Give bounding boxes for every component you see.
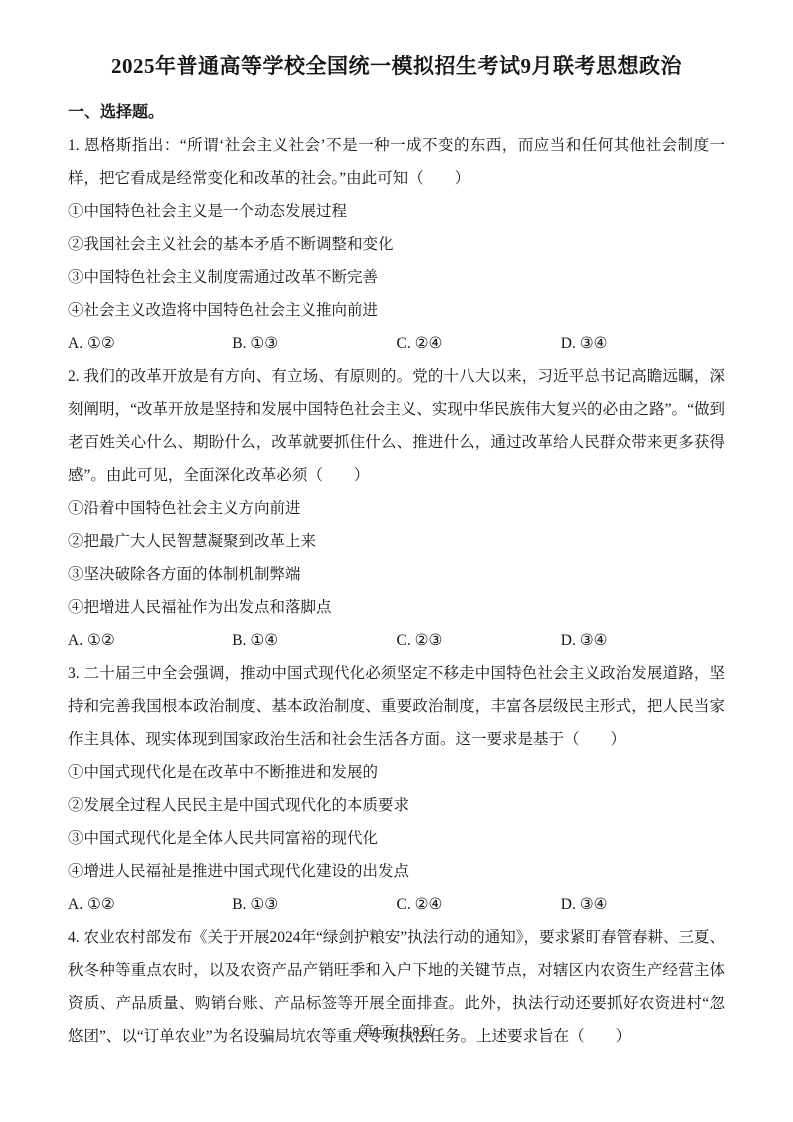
question-1-choice-a: A. ①②	[68, 327, 232, 360]
question-1-stem: 1. 恩格斯指出：“所谓‘社会主义社会’不是一种一成不变的东西，而应当和任何其他…	[68, 129, 725, 195]
question-2-choice-row: A. ①② B. ①④ C. ②③ D. ③④	[68, 624, 725, 657]
question-3-statement-4: ④增进人民福祉是推进中国式现代化建设的出发点	[68, 855, 725, 888]
question-2-statement-3: ③坚决破除各方面的体制机制弊端	[68, 558, 725, 591]
question-1-choice-row: A. ①② B. ①③ C. ②④ D. ③④	[68, 327, 725, 360]
question-3-statement-1: ①中国式现代化是在改革中不断推进和发展的	[68, 756, 725, 789]
question-2-choice-c: C. ②③	[397, 624, 561, 657]
question-3-choice-row: A. ①② B. ①③ C. ②④ D. ③④	[68, 888, 725, 921]
page-title: 2025年普通高等学校全国统一模拟招生考试9月联考思想政治	[68, 48, 725, 84]
question-3-choice-c: C. ②④	[397, 888, 561, 921]
exam-paper-page: 2025年普通高等学校全国统一模拟招生考试9月联考思想政治 一、选择题。 1. …	[0, 0, 793, 1122]
page-content: 2025年普通高等学校全国统一模拟招生考试9月联考思想政治 一、选择题。 1. …	[0, 0, 793, 1053]
question-3-stem: 3. 二十届三中全会强调，推动中国式现代化必须坚定不移走中国特色社会主义政治发展…	[68, 657, 725, 756]
question-3: 3. 二十届三中全会强调，推动中国式现代化必须坚定不移走中国特色社会主义政治发展…	[68, 657, 725, 921]
page-number: 第1页/共8页	[0, 1022, 793, 1044]
question-2-statement-4: ④把增进人民福祉作为出发点和落脚点	[68, 591, 725, 624]
question-1-statement-1: ①中国特色社会主义是一个动态发展过程	[68, 195, 725, 228]
section-heading: 一、选择题。	[68, 96, 725, 129]
question-2-choice-a: A. ①②	[68, 624, 232, 657]
question-3-statement-3: ③中国式现代化是全体人民共同富裕的现代化	[68, 822, 725, 855]
question-1-statement-3: ③中国特色社会主义制度需通过改革不断完善	[68, 261, 725, 294]
question-2-choice-d: D. ③④	[561, 624, 725, 657]
question-1-choice-b: B. ①③	[232, 327, 396, 360]
question-1: 1. 恩格斯指出：“所谓‘社会主义社会’不是一种一成不变的东西，而应当和任何其他…	[68, 129, 725, 360]
question-2-choice-b: B. ①④	[232, 624, 396, 657]
question-1-statement-4: ④社会主义改造将中国特色社会主义推向前进	[68, 294, 725, 327]
question-3-choice-d: D. ③④	[561, 888, 725, 921]
question-1-choice-d: D. ③④	[561, 327, 725, 360]
question-2-stem: 2. 我们的改革开放是有方向、有立场、有原则的。党的十八大以来，习近平总书记高瞻…	[68, 360, 725, 492]
question-3-choice-b: B. ①③	[232, 888, 396, 921]
question-1-statement-2: ②我国社会主义社会的基本矛盾不断调整和变化	[68, 228, 725, 261]
question-2: 2. 我们的改革开放是有方向、有立场、有原则的。党的十八大以来，习近平总书记高瞻…	[68, 360, 725, 657]
question-1-choice-c: C. ②④	[397, 327, 561, 360]
question-2-statement-2: ②把最广大人民智慧凝聚到改革上来	[68, 525, 725, 558]
question-2-statement-1: ①沿着中国特色社会主义方向前进	[68, 492, 725, 525]
question-3-choice-a: A. ①②	[68, 888, 232, 921]
question-3-statement-2: ②发展全过程人民民主是中国式现代化的本质要求	[68, 789, 725, 822]
